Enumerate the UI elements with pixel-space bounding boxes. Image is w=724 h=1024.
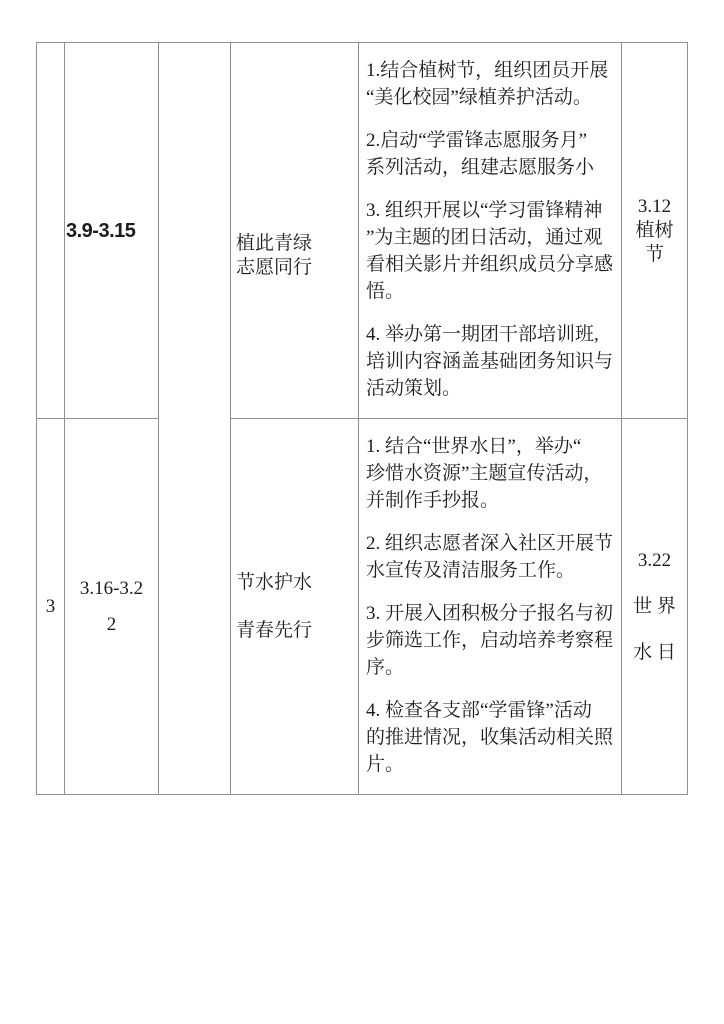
activity-schedule-table: 3.9-3.15 植此青绿 志愿同行 1.结合植树节，组织团员开展 “美化校园”… (36, 42, 688, 795)
activity-paragraph: 2. 组织志愿者深入社区开展节 水宣传及清洁服务工作。 (366, 530, 618, 584)
activity-paragraph: 3. 开展入团积极分子报名与初 步筛选工作，启动培养考察程 序。 (366, 600, 618, 681)
row-number-cell (37, 43, 65, 419)
month-merged-cell (159, 43, 231, 795)
activity-paragraph: 1. 结合“世界水日”，举办“ 珍惜水资源”主题宣传活动， 并制作手抄报。 (366, 433, 618, 514)
theme-text: 节水护水 青春先行 (236, 559, 312, 655)
theme-text: 植此青绿 志愿同行 (236, 232, 312, 280)
activities-cell: 1.结合植树节，组织团员开展 “美化校园”绿植养护活动。2.启动“学雷锋志愿服务… (359, 43, 622, 419)
festival-cell: 3.22 世 界 水 日 (622, 419, 688, 795)
activity-paragraph: 4. 检查各支部“学雷锋”活动 的推进情况，收集活动相关照 片。 (366, 697, 618, 778)
theme-cell: 节水护水 青春先行 (231, 419, 359, 795)
activities-cell: 1. 结合“世界水日”，举办“ 珍惜水资源”主题宣传活动， 并制作手抄报。2. … (359, 419, 622, 795)
row-number-cell: 3 (37, 419, 65, 795)
activity-paragraph: 3. 组织开展以“学习雷锋精神 ”为主题的团日活动，通过观 看相关影片并组织成员… (366, 197, 618, 305)
activity-paragraph: 4. 举办第一期团干部培训班, 培训内容涵盖基础团务知识与 活动策划。 (366, 321, 618, 402)
date-range-cell: 3.9-3.15 (65, 43, 159, 419)
table-row: 3.9-3.15 植此青绿 志愿同行 1.结合植树节，组织团员开展 “美化校园”… (37, 43, 688, 419)
document-page: 3.9-3.15 植此青绿 志愿同行 1.结合植树节，组织团员开展 “美化校园”… (0, 0, 724, 1024)
date-range-cell: 3.16-3.2 2 (65, 419, 159, 795)
table-row: 3 3.16-3.2 2 节水护水 青春先行 1. 结合“世界水日”，举办“ 珍… (37, 419, 688, 795)
theme-cell: 植此青绿 志愿同行 (231, 43, 359, 419)
activity-paragraph: 2.启动“学雷锋志愿服务月” 系列活动，组建志愿服务小 (366, 127, 618, 181)
activity-paragraph: 1.结合植树节，组织团员开展 “美化校园”绿植养护活动。 (366, 57, 618, 111)
festival-cell: 3.12 植树 节 (622, 43, 688, 419)
